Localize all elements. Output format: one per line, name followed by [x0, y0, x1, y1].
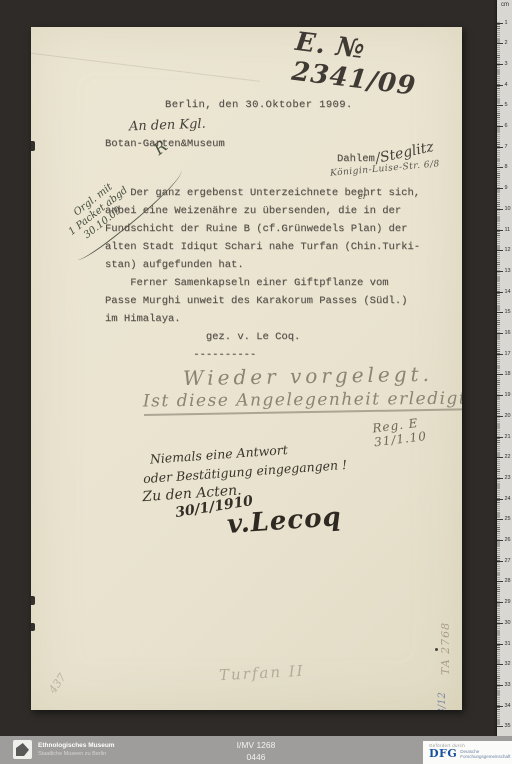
ruler-cm-tick	[497, 147, 503, 148]
ruler-number: 21	[505, 434, 511, 440]
ruler-number: 28	[505, 578, 511, 584]
ruler-cm-tick	[497, 499, 503, 500]
ruler-cm-tick	[497, 250, 503, 251]
ruler-number: 24	[505, 496, 511, 502]
body-line: Fundschicht der Ruine B (cf.Grünwedels P…	[105, 220, 420, 238]
body-line: anbei eine Weizenähre zu übersenden, die…	[105, 202, 420, 220]
ruler-number: 32	[505, 661, 511, 667]
dfg-funding-box: Gefördert durch DFG Deutsche Forschungsg…	[423, 741, 512, 764]
ruler-number: 22	[505, 454, 511, 460]
ruler-number: 30	[505, 620, 511, 626]
cm-ruler: cm 1234567891011121314151617181920212223…	[497, 0, 512, 736]
ruler-number: 20	[505, 413, 511, 419]
ruler-cm-tick	[497, 581, 503, 582]
ruler-number: 35	[505, 723, 511, 729]
pencil-page-number: 437	[46, 671, 69, 696]
body-line: Ferner Samenkapseln einer Giftpflanze vo…	[105, 274, 420, 292]
ruler-cm-tick	[497, 209, 503, 210]
ruler-cm-tick	[497, 664, 503, 665]
ruler-number: 11	[505, 227, 511, 233]
ruler-unit-label: cm	[501, 2, 509, 8]
ruler-number: 26	[505, 537, 511, 543]
archival-scan-viewer: E. № 2341/09 Berlin, den 30.Oktober 1909…	[0, 0, 512, 764]
ruler-cm-tick	[497, 478, 503, 479]
ruler-cm-tick	[497, 312, 503, 313]
ink-spot	[435, 648, 438, 651]
ruler-number: 4	[505, 82, 508, 88]
ruler-cm-tick	[497, 623, 503, 624]
ruler-cm-tick	[497, 64, 503, 65]
superscript-insertion: er	[358, 192, 367, 201]
dfg-logo: DFG	[429, 749, 457, 759]
ruler-number: 15	[505, 309, 511, 315]
review-note-line2: Ist diese Angelegenheit erledigt?	[143, 389, 462, 412]
ruler-cm-tick	[497, 602, 503, 603]
ruler-cm-tick	[497, 167, 503, 168]
recipient-handwritten: An den Kgl.	[129, 117, 206, 135]
body-line: im Himalaya.	[105, 310, 420, 328]
ruler-number: 31	[505, 641, 511, 647]
ruler-number: 27	[505, 558, 511, 564]
ruler-cm-tick	[497, 292, 503, 293]
registry-number-handwritten: E. № 2341/09	[290, 27, 462, 107]
ruler-cm-tick	[497, 333, 503, 334]
body-line: stan) aufgefunden hat.	[105, 256, 420, 274]
binding-notch	[31, 141, 35, 151]
ruler-number: 33	[505, 682, 511, 688]
ruler-cm-tick	[497, 188, 503, 189]
ruler-number: 7	[505, 144, 508, 150]
ruler-number: 8	[505, 164, 508, 170]
ruler-number: 2	[505, 40, 508, 46]
ruler-cm-tick	[497, 395, 503, 396]
ruler-number: 1	[505, 20, 508, 26]
ruler-number: 19	[505, 392, 511, 398]
review-reg-mark: Reg. E 31/1.10	[372, 411, 462, 450]
body-line: Der ganz ergebenst Unterzeichnete beehrt…	[105, 184, 420, 202]
ruler-cm-tick	[497, 685, 503, 686]
ruler-cm-tick	[497, 230, 503, 231]
ruler-number: 3	[505, 61, 508, 67]
review-note-line1: Wieder vorgelegt.	[183, 362, 433, 390]
body-line: ----------	[105, 346, 420, 364]
ruler-number: 29	[505, 599, 511, 605]
ruler-cm-tick	[497, 457, 503, 458]
ruler-number: 25	[505, 516, 511, 522]
ruler-cm-tick	[497, 105, 503, 106]
dfg-org-name: Deutsche Forschungsgemeinschaft	[460, 749, 508, 759]
ruler-number: 5	[505, 102, 508, 108]
ruler-cm-tick	[497, 126, 503, 127]
ruler-number: 16	[505, 330, 511, 336]
dfg-logo-row: DFG Deutsche Forschungsgemeinschaft	[429, 749, 512, 759]
ruler-number: 14	[505, 289, 511, 295]
edge-mark-blue-pencil: 33/12	[437, 659, 448, 710]
ruler-number: 13	[505, 268, 511, 274]
ruler-cm-tick	[497, 437, 503, 438]
ruler-cm-tick	[497, 374, 503, 375]
binding-hole	[31, 596, 35, 605]
binding-hole	[31, 623, 35, 631]
ruler-cm-tick	[497, 354, 503, 355]
ruler-number: 10	[505, 206, 511, 212]
ruler-number: 12	[505, 247, 511, 253]
pencil-title-annotation: Turfan II	[219, 662, 305, 684]
ruler-cm-tick	[497, 85, 503, 86]
ruler-cm-tick	[497, 416, 503, 417]
ruler-cm-tick	[497, 561, 503, 562]
letter-body-typed: Der ganz ergebenst Unterzeichnete beehrt…	[105, 184, 420, 364]
ruler-cm-tick	[497, 540, 503, 541]
ruler-number: 34	[505, 703, 511, 709]
place-typed: Dahlem	[337, 153, 375, 165]
ruler-number: 6	[505, 123, 508, 129]
body-line: Passe Murghi unweit des Karakorum Passes…	[105, 292, 420, 310]
ruler-cm-tick	[497, 271, 503, 272]
ruler-cm-tick	[497, 43, 503, 44]
ruler-cm-tick	[497, 706, 503, 707]
ruler-number: 23	[505, 475, 511, 481]
dateline-typed: Berlin, den 30.Oktober 1909.	[165, 99, 353, 111]
ruler-cm-tick	[497, 644, 503, 645]
footer-bar: Ethnologisches Museum Staatliche Museen …	[0, 736, 512, 764]
ruler-number: 18	[505, 371, 511, 377]
ruler-number: 17	[505, 351, 511, 357]
body-line: alten Stadt Idiqut Schari nahe Turfan (C…	[105, 238, 420, 256]
ruler-cm-tick	[497, 23, 503, 24]
ruler-number: 9	[505, 185, 508, 191]
body-line: gez. v. Le Coq.	[105, 328, 420, 346]
document-page: E. № 2341/09 Berlin, den 30.Oktober 1909…	[31, 27, 462, 710]
ruler-cm-tick	[497, 519, 503, 520]
ruler-cm-tick	[497, 726, 503, 727]
